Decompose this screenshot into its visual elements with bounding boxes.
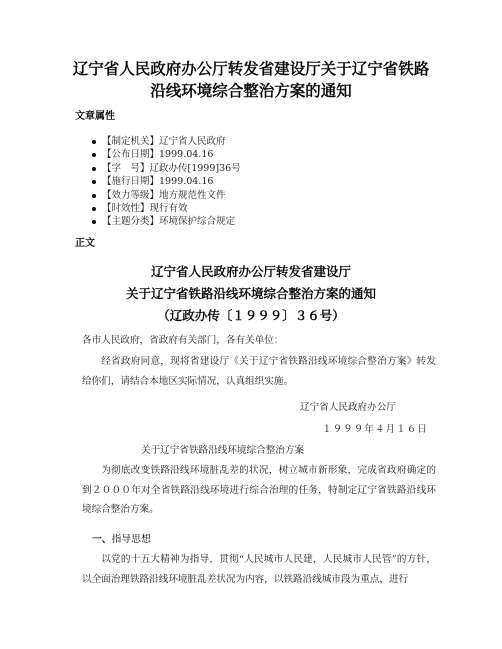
plan-title: 关于辽宁省铁路沿线环境综合整治方案: [141, 444, 304, 458]
document-title: 辽宁省人民政府办公厅转发省建设厅关于辽宁省铁路 沿线环境综合整治方案的通知: [60, 58, 442, 102]
signature-organization: 辽宁省人民政府办公厅: [300, 401, 396, 415]
attribute-value: 环境保护综合规定: [159, 216, 235, 227]
attributes-section-label: 文章属性: [75, 110, 115, 124]
document-page: 辽宁省人民政府办公厅转发省建设厅关于辽宁省铁路 沿线环境综合整治方案的通知 文章…: [0, 0, 502, 649]
attribute-value: 辽宁省人民政府: [159, 136, 226, 147]
attribute-value: 1999.04.16: [159, 176, 213, 187]
attribute-key: 【制定机关】: [102, 136, 159, 147]
section-title: 指导思想: [112, 534, 151, 545]
attribute-item-publish-date: 【公布日期】1999.04.16: [92, 148, 241, 161]
signature-date: １９９９年４月１６日: [322, 423, 428, 437]
attribute-value: 现行有效: [150, 203, 188, 214]
paragraph-guiding-principle: 以党的十五大精神为指导，贯彻“人民城市人民建，人民城市人民管”的方针，以全面治理…: [82, 550, 436, 589]
attribute-key: 【字 号】: [102, 163, 150, 174]
body-section-label: 正文: [75, 237, 95, 251]
bullet-icon: [92, 220, 96, 224]
attribute-item-validity: 【时效性】现行有效: [92, 202, 241, 215]
attribute-value: 1999.04.16: [159, 149, 213, 160]
bullet-icon: [92, 140, 96, 144]
section-heading-guiding-principle: 一、指导思想: [92, 533, 151, 547]
attribute-item-issuer: 【制定机关】辽宁省人民政府: [92, 135, 241, 148]
attribute-item-doc-number: 【字 号】辽政办传[1999]36号: [92, 162, 241, 175]
attribute-item-authority-level: 【效力等级】地方规范性文件: [92, 189, 241, 202]
bullet-icon: [92, 194, 96, 198]
attribute-item-effective-date: 【施行日期】1999.04.16: [92, 175, 241, 188]
attribute-key: 【公布日期】: [102, 149, 159, 160]
bullet-icon: [92, 207, 96, 211]
attribute-value: 辽政办传[1999]36号: [150, 163, 241, 174]
attribute-value: 地方规范性文件: [159, 190, 226, 201]
bullet-icon: [92, 180, 96, 184]
section-number: 一、: [92, 534, 112, 545]
paragraph-forward-notice: 经省政府同意，现将省建设厅《关于辽宁省铁路沿线环境综合整治方案》转发给你们，请结…: [82, 352, 436, 391]
notice-heading-line-2: 关于辽宁省铁路沿线环境综合整治方案的通知: [60, 284, 442, 304]
attributes-list: 【制定机关】辽宁省人民政府 【公布日期】1999.04.16 【字 号】辽政办传…: [92, 135, 241, 229]
attribute-key: 【时效性】: [102, 203, 150, 214]
attribute-key: 【主题分类】: [102, 216, 159, 227]
document-title-line-1: 辽宁省人民政府办公厅转发省建设厅关于辽宁省铁路: [60, 58, 442, 80]
attribute-key: 【效力等级】: [102, 190, 159, 201]
notice-doc-number: （辽政办传〔１９９９〕３６号）: [60, 306, 442, 326]
bullet-icon: [92, 153, 96, 157]
attribute-item-category: 【主题分类】环境保护综合规定: [92, 215, 241, 228]
attribute-key: 【施行日期】: [102, 176, 159, 187]
salutation: 各市人民政府，省政府有关部门，各有关单位：: [82, 331, 436, 351]
notice-heading-line-1: 辽宁省人民政府办公厅转发省建设厅: [60, 262, 442, 282]
document-title-line-2: 沿线环境综合整治方案的通知: [60, 80, 442, 102]
bullet-icon: [92, 167, 96, 171]
paragraph-plan-intro: 为彻底改变铁路沿线环境脏乱差的状况，树立城市新形象，完成省政府确定的到２０００年…: [82, 461, 436, 520]
